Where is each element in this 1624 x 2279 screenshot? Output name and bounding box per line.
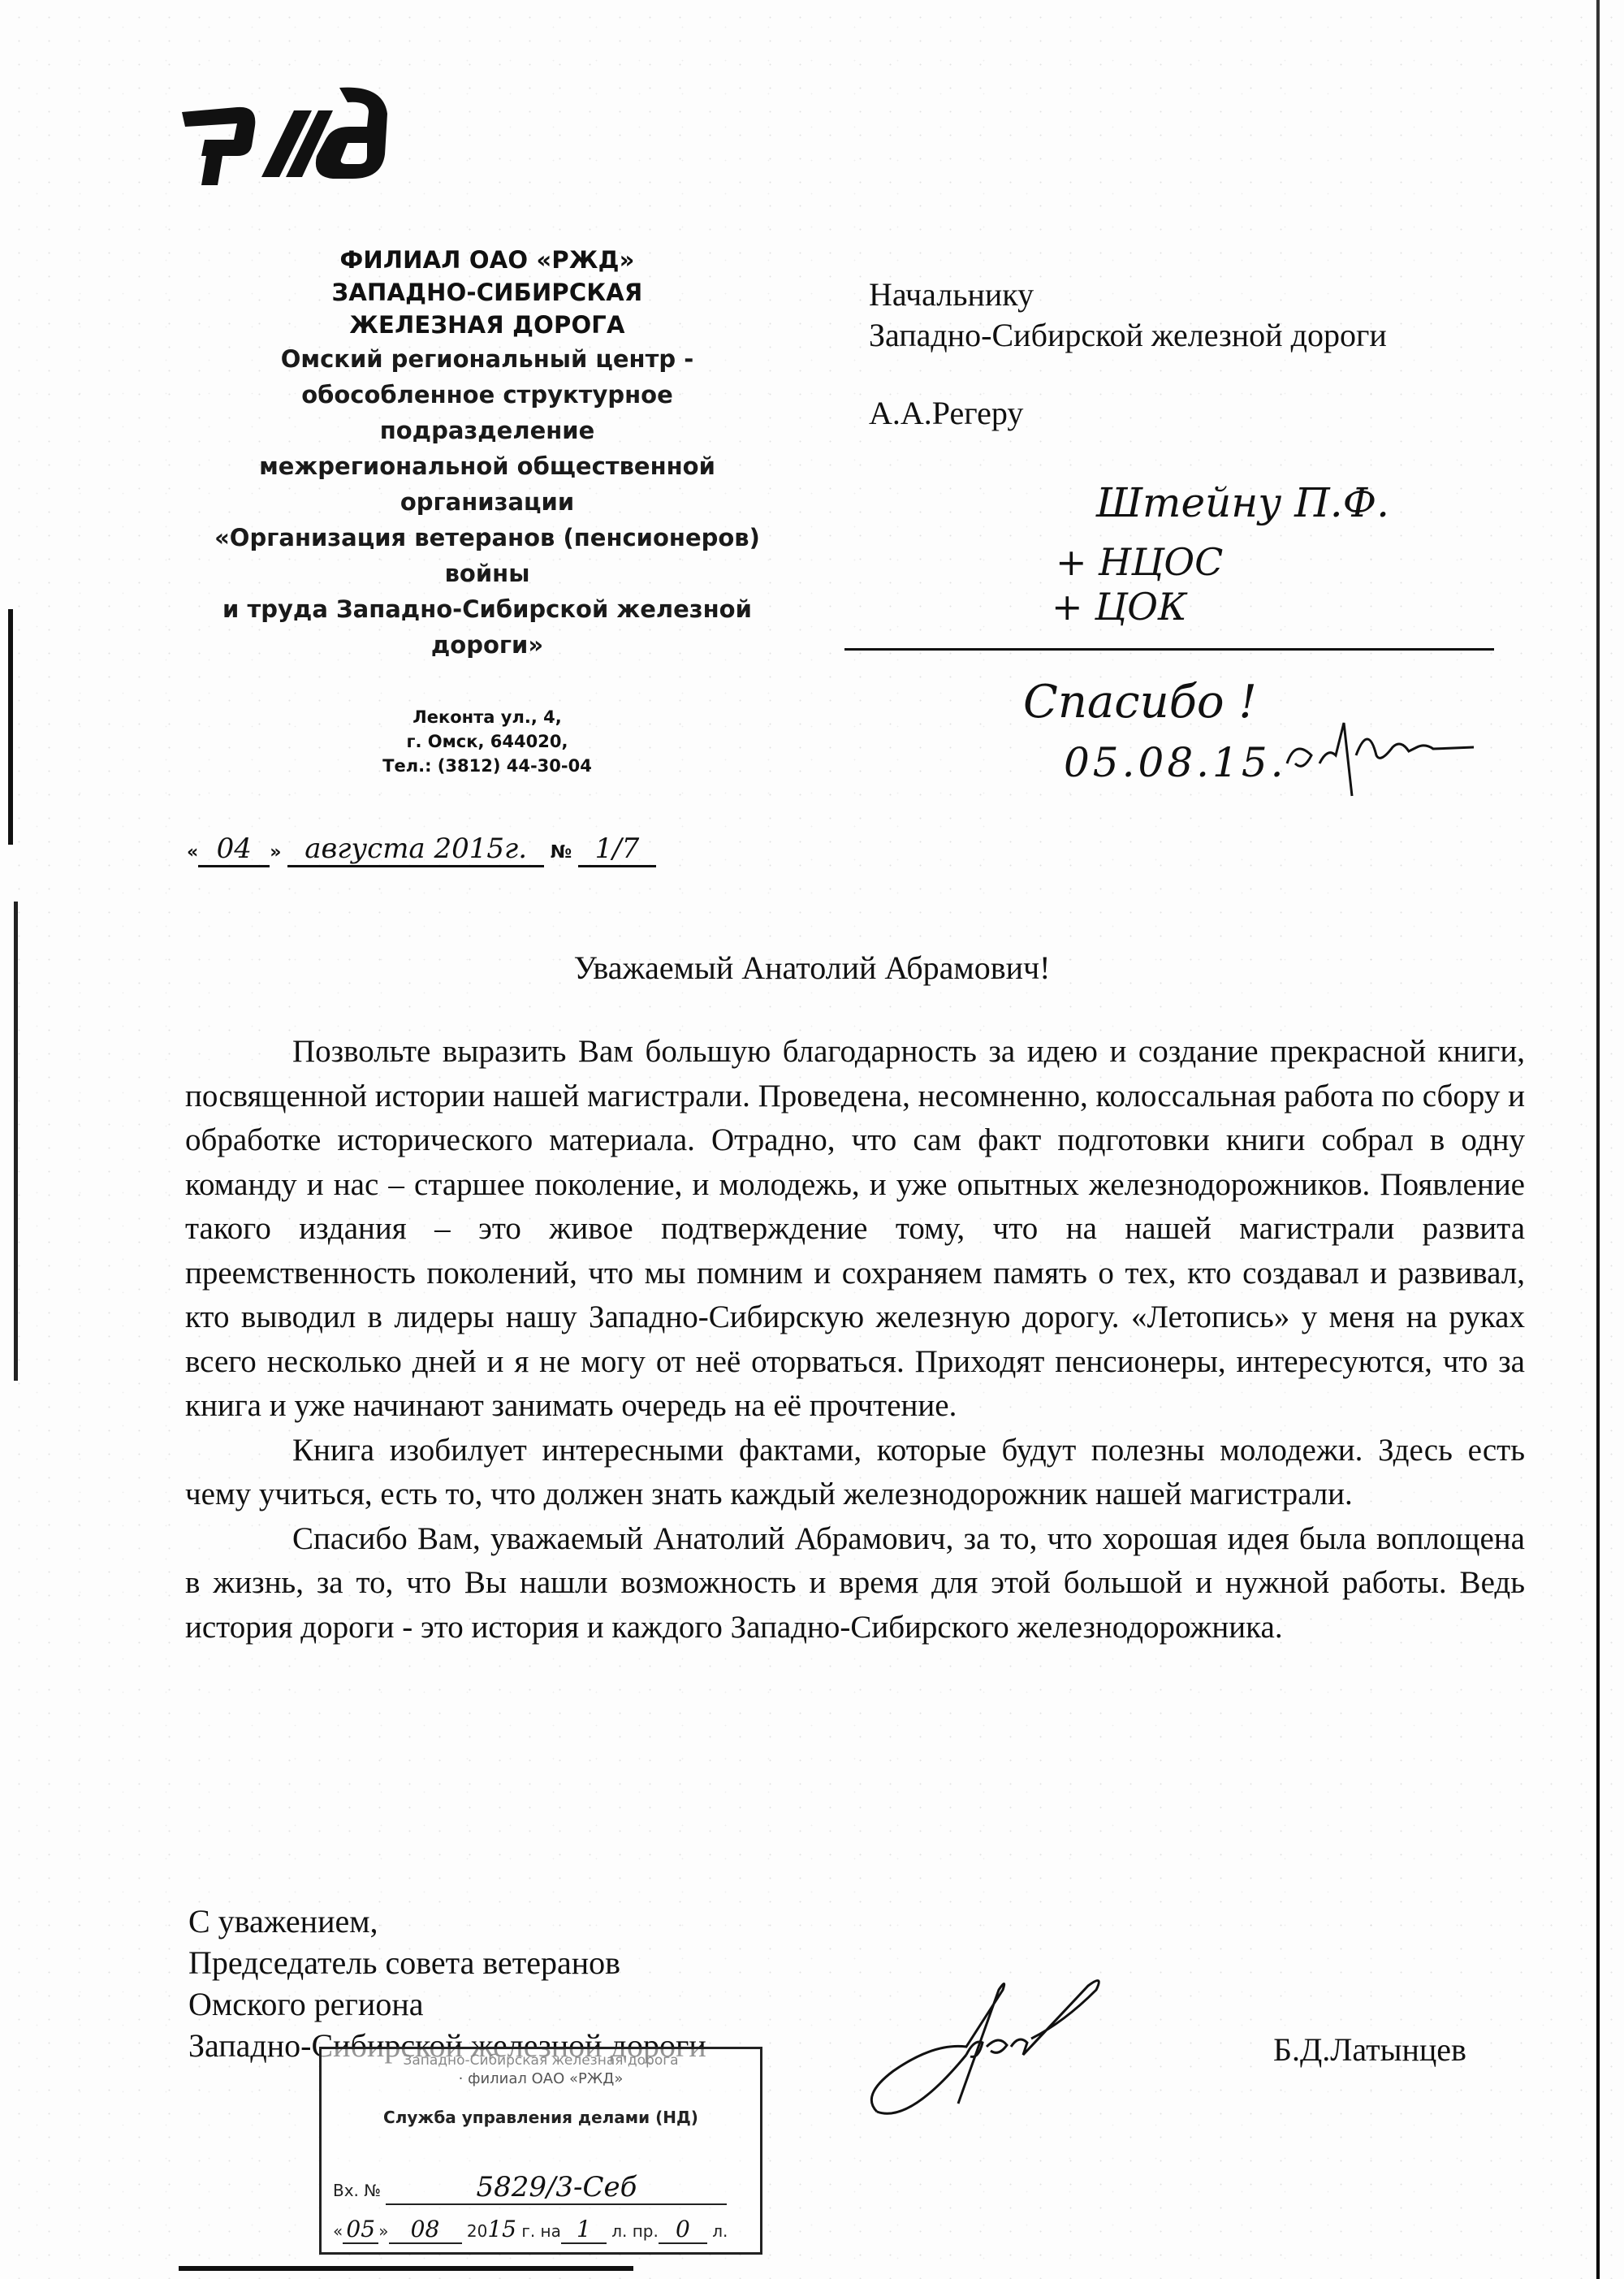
resolution-line-2: + НЦОС bbox=[1056, 540, 1223, 584]
closing-regards: С уважением, bbox=[188, 1901, 706, 1942]
address-street: Леконта ул., 4, bbox=[195, 705, 780, 729]
body-paragraph-3: Спасибо Вам, уважаемый Анатолий Абрамови… bbox=[185, 1517, 1525, 1650]
letterhead-org-1: Омский региональный центр - bbox=[195, 341, 780, 377]
stamp-sheets: 1 bbox=[561, 2216, 607, 2244]
address-city: г. Омск, 644020, bbox=[195, 729, 780, 754]
letterhead-org-8: и труда Западно-Сибирской железной bbox=[195, 591, 780, 627]
resolution-line-3: + ЦОК bbox=[1052, 585, 1187, 629]
resolution-thanks: Спасибо ! bbox=[1023, 676, 1257, 729]
stamp-date-open: « bbox=[333, 2221, 343, 2241]
letterhead-org-5: организации bbox=[195, 484, 780, 520]
stamp-date-row: «05»08 2015 г. на1 л. пр.0 л. bbox=[333, 2216, 728, 2244]
address-phone: Тел.: (3812) 44-30-04 bbox=[195, 754, 780, 778]
addressee-org: Западно-Сибирской железной дороги bbox=[869, 315, 1387, 356]
resolution-divider bbox=[844, 648, 1494, 651]
reg-open-quote: « bbox=[187, 842, 198, 863]
stamp-date-day: 05 bbox=[343, 2216, 378, 2244]
resolution-line-1: Штейну П.Ф. bbox=[1096, 479, 1389, 526]
incoming-registration-stamp: Западно-Сибирская железная дорога · фили… bbox=[319, 2047, 762, 2255]
salutation: Уважаемый Анатолий Абрамович! bbox=[0, 949, 1624, 987]
letterhead: ФИЛИАЛ ОАО «РЖД» ЗАПАДНО-СИБИРСКАЯ ЖЕЛЕЗ… bbox=[195, 244, 780, 778]
stamp-org: Западно-Сибирская железная дорога bbox=[322, 2052, 760, 2069]
letterhead-org-4: межрегиональной общественной bbox=[195, 448, 780, 484]
letterhead-org-3: подразделение bbox=[195, 413, 780, 448]
stamp-year-suffix: 15 bbox=[487, 2216, 516, 2242]
body-paragraph-1: Позвольте выразить Вам большую благодарн… bbox=[185, 1030, 1525, 1429]
letterhead-title-3: ЖЕЛЕЗНАЯ ДОРОГА bbox=[195, 309, 780, 341]
letterhead-org-7: войны bbox=[195, 556, 780, 591]
reg-number: 1/7 bbox=[578, 832, 656, 867]
stamp-incoming-label: Вх. № bbox=[333, 2181, 381, 2200]
stamp-department: Служба управления делами (НД) bbox=[322, 2108, 760, 2127]
addressee-name: А.А.Регеру bbox=[869, 393, 1387, 434]
closing-block: С уважением, Председатель совета ветеран… bbox=[188, 1901, 706, 2066]
stamp-attachments-label: л. bbox=[712, 2221, 728, 2241]
resolution-signature-icon bbox=[1279, 707, 1490, 804]
outgoing-registration: «04» августа 2015г. № 1/7 bbox=[187, 832, 656, 867]
stamp-date-close: » bbox=[378, 2221, 388, 2241]
stamp-incoming-number: 5829/3-Себ bbox=[386, 2171, 727, 2205]
signature-icon bbox=[861, 1965, 1202, 2128]
letterhead-org-6: «Организация ветеранов (пенсионеров) bbox=[195, 520, 780, 556]
reg-number-label: № bbox=[551, 842, 572, 863]
stamp-sheets-label: л. пр. bbox=[611, 2221, 659, 2241]
reg-close-quote: » bbox=[270, 842, 281, 863]
stamp-year-prefix: 20 bbox=[467, 2221, 487, 2241]
letterhead-org-9: дороги» bbox=[195, 627, 780, 663]
handwritten-resolution: Штейну П.Ф. + НЦОС + ЦОК Спасибо ! 05.08… bbox=[836, 463, 1502, 820]
letter-body: Позвольте выразить Вам большую благодарн… bbox=[185, 1030, 1525, 1650]
stamp-branch: · филиал ОАО «РЖД» bbox=[322, 2069, 760, 2090]
letterhead-org-2: обособленное структурное bbox=[195, 377, 780, 413]
scan-edge-right bbox=[1596, 0, 1600, 2279]
reg-month-year: августа 2015г. bbox=[287, 832, 544, 867]
closing-position-2: Омского региона bbox=[188, 1983, 706, 2025]
stamp-incoming-row: Вх. № 5829/3-Себ bbox=[333, 2171, 727, 2205]
stamp-attachments: 0 bbox=[659, 2216, 707, 2244]
addressee-block: Начальнику Западно-Сибирской железной до… bbox=[869, 275, 1387, 434]
letterhead-address: Леконта ул., 4, г. Омск, 644020, Тел.: (… bbox=[195, 705, 780, 778]
closing-position-1: Председатель совета ветеранов bbox=[188, 1942, 706, 1983]
rzd-logo-icon bbox=[180, 81, 408, 187]
body-paragraph-2: Книга изобилует интересными фактами, кот… bbox=[185, 1429, 1525, 1517]
addressee-title: Начальнику bbox=[869, 275, 1387, 315]
stamp-date-month: 08 bbox=[389, 2216, 462, 2244]
scan-edge-left bbox=[8, 609, 13, 845]
reg-day: 04 bbox=[198, 832, 270, 867]
scanned-letter-page: ФИЛИАЛ ОАО «РЖД» ЗАПАДНО-СИБИРСКАЯ ЖЕЛЕЗ… bbox=[0, 0, 1624, 2279]
scan-bottom-edge bbox=[179, 2266, 633, 2271]
stamp-year-label: г. на bbox=[521, 2221, 561, 2241]
signer-name: Б.Д.Латынцев bbox=[1273, 2030, 1466, 2069]
letterhead-title-2: ЗАПАДНО-СИБИРСКАЯ bbox=[195, 276, 780, 309]
letterhead-title-1: ФИЛИАЛ ОАО «РЖД» bbox=[195, 244, 780, 276]
resolution-date: 05.08.15. bbox=[1064, 739, 1287, 786]
